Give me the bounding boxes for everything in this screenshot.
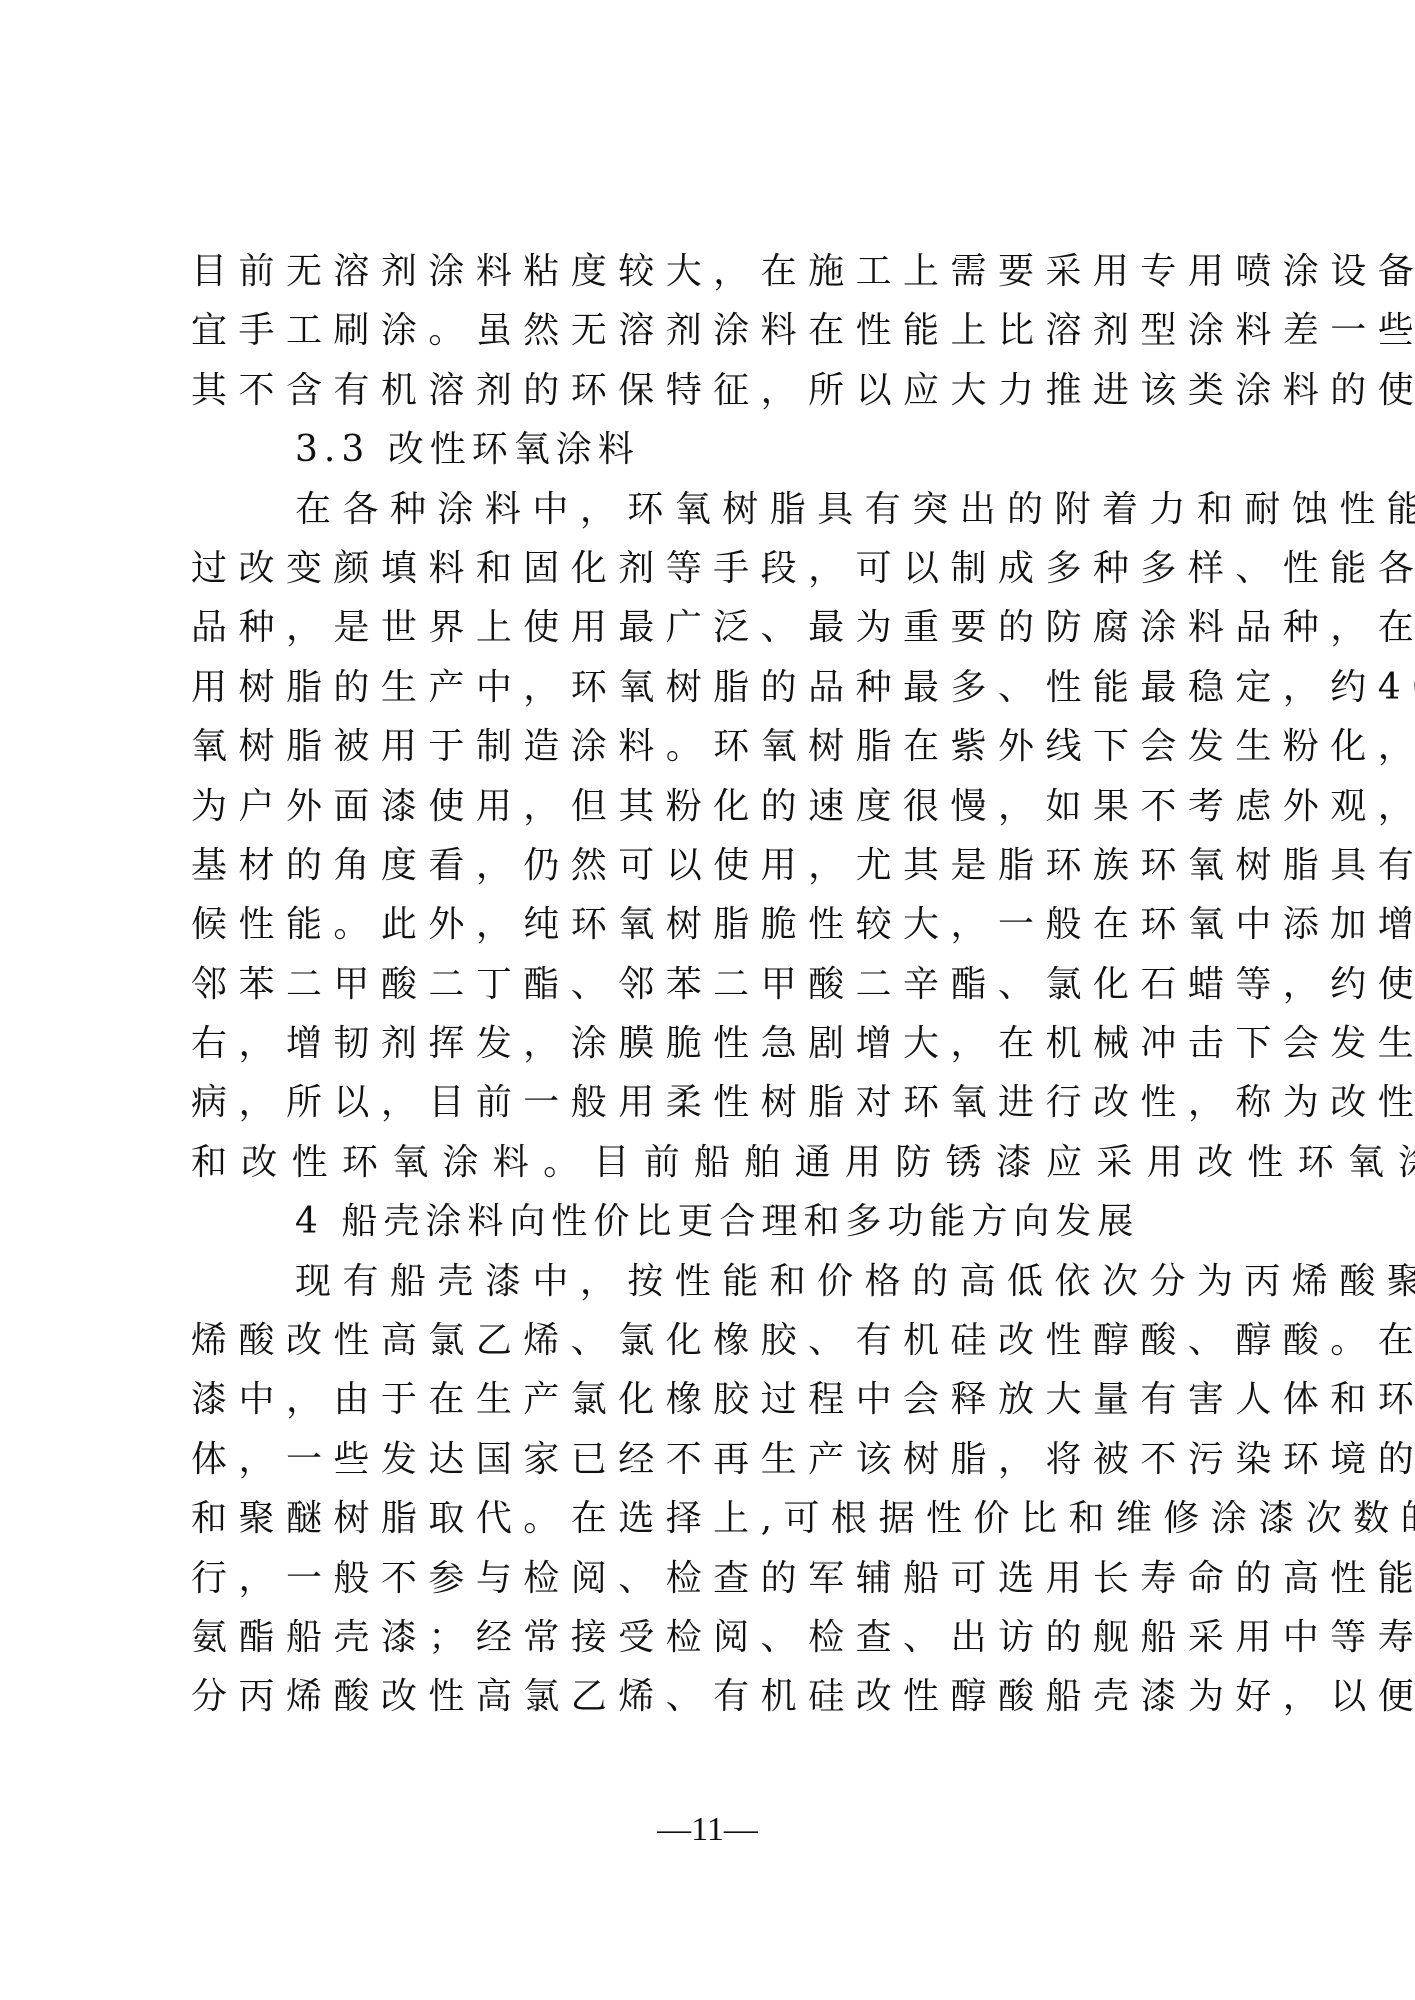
text-line: 为 户 外 面 漆 使 用 ， 但 其 粉 化 的 速 度 很 慢 ， 如 果 … [191,777,1237,836]
text-line: 品 种 ， 是 世 界 上 使 用 最 广 泛 、 最 为 重 要 的 防 腐 … [191,598,1237,657]
document-page: 目 前 无 溶 剂 涂 料 粘 度 较 大 ， 在 施 工 上 需 要 采 用 … [0,0,1415,2000]
text-line: 其 不 含 有 机 溶 剂 的 环 保 特 征 ， 所 以 应 大 力 推 进 … [191,361,1237,420]
text-line: 行 ， 一 般 不 参 与 检 阅 、 检 查 的 军 辅 船 可 选 用 长 … [191,1549,1237,1608]
text-line: 用 树 脂 的 生 产 中 ， 环 氧 树 脂 的 品 种 最 多 、 性 能 … [191,658,1237,717]
text-line: 右 ， 增 韧 剂 挥 发 ， 涂 膜 脆 性 急 剧 增 大 ， 在 机 械 … [191,1014,1237,1073]
body-text: 目 前 无 溶 剂 涂 料 粘 度 较 大 ， 在 施 工 上 需 要 采 用 … [191,242,1237,1727]
text-line: 分 丙 烯 酸 改 性 高 氯 乙 烯 、 有 机 硅 改 性 醇 酸 船 壳 … [191,1667,1237,1726]
text-line: 宜 手 工 刷 涂 。 虽 然 无 溶 剂 涂 料 在 性 能 上 比 溶 剂 … [191,301,1237,360]
text-line: 和 聚 醚 树 脂 取 代 。 在 选 择 上 , 可 根 据 性 价 比 和 … [191,1489,1237,1548]
text-line: 烯 酸 改 性 高 氯 乙 烯 、 氯 化 橡 胶 、 有 机 硅 改 性 醇 … [191,1311,1237,1370]
text-line: 基 材 的 角 度 看 ， 仍 然 可 以 使 用 ， 尤 其 是 脂 环 族 … [191,836,1237,895]
text-line: 现 有 船 壳 漆 中 ， 按 性 能 和 价 格 的 高 低 依 次 分 为 … [191,1252,1237,1311]
text-line: 过 改 变 颜 填 料 和 固 化 剂 等 手 段 ， 可 以 制 成 多 种 … [191,539,1237,598]
text-line: 体 ， 一 些 发 达 国 家 已 经 不 再 生 产 该 树 脂 ， 将 被 … [191,1430,1237,1489]
text-line: 氨 酯 船 壳 漆 ； 经 常 接 受 检 阅 、 检 查 、 出 访 的 舰 … [191,1608,1237,1667]
text-line: 在 各 种 涂 料 中 ， 环 氧 树 脂 具 有 突 出 的 附 着 力 和 … [191,480,1237,539]
text-line: 目 前 无 溶 剂 涂 料 粘 度 较 大 ， 在 施 工 上 需 要 采 用 … [191,242,1237,301]
text-line: 和改性环氧涂料。目前船舶通用防锈漆应采用改性环氧涂料取代。 [191,1133,1237,1192]
page-number: —11— [0,1812,1415,1848]
text-line: 邻 苯 二 甲 酸 二 丁 酯 、 邻 苯 二 甲 酸 二 辛 酯 、 氯 化 … [191,955,1237,1014]
section-heading: 3.3 改性环氧涂料 [191,420,1237,479]
text-line: 病 ， 所 以 ， 目 前 一 般 用 柔 性 树 脂 对 环 氧 进 行 改 … [191,1073,1237,1132]
text-line: 漆 中 ， 由 于 在 生 产 氯 化 橡 胶 过 程 中 会 释 放 大 量 … [191,1370,1237,1429]
section-heading: 4 船壳涂料向性价比更合理和多功能方向发展 [191,1192,1237,1251]
text-line: 氧 树 脂 被 用 于 制 造 涂 料 。 环 氧 树 脂 在 紫 外 线 下 … [191,717,1237,776]
text-line: 候 性 能 。 此 外 ， 纯 环 氧 树 脂 脆 性 较 大 ， 一 般 在 … [191,895,1237,954]
